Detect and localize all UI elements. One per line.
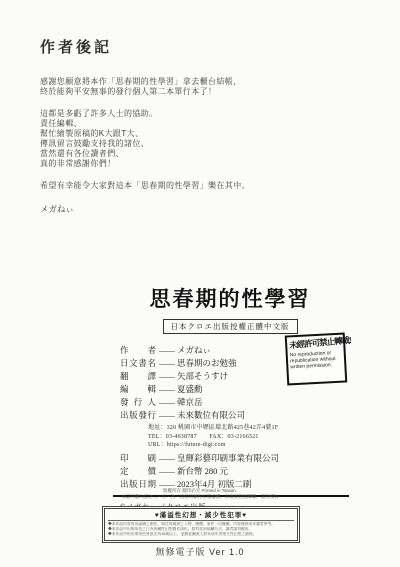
publisher-url: URL：https://future-digi.com (148, 441, 355, 450)
afterword-text-line: 終於能夠平安無事的發行個人第二本單行本了！ (40, 87, 290, 97)
fineprint-block: 版權所有 翻印必究 Printed in Taiwan. 本誌刊載內容之人・事・… (0, 488, 400, 500)
publisher-address: 地址：320 桃園市中壢區環北路425巷42弄4號1F (148, 424, 355, 433)
edition-version-label: 無修電子版 Ver 1.0 (0, 545, 400, 558)
colophon-row-publisher-company: 出版發行——未來數位有限公司 (120, 409, 355, 422)
stamp-english-text: No reproduction or republication without… (290, 350, 343, 371)
afterword-text-line: 真的非常感謝你們！ (40, 159, 290, 169)
afterword-text-line: 責任編輯、 (40, 119, 290, 129)
no-reproduction-stamp: 未經許可禁止轉載! No reproduction or republicati… (285, 332, 348, 385)
book-title: 思春期的性學習 (105, 283, 355, 313)
publisher-tel-fax: TEL：03-4638787 FAX：03-2166521 (148, 433, 355, 442)
colophon-row-editor: 編輯——夏盛勳 (120, 383, 355, 396)
afterword-text-line: 幫忙繪製原稿的K大跟T大、 (40, 129, 290, 139)
afterword-section: 作者後記 感謝您願意將本作「思春期的性學習」拿去櫃台結帳， 終於能夠平安無事的發… (40, 36, 290, 215)
colophon-row-printer: 印刷——皇輝彩藝印刷事業有限公司 (120, 452, 355, 465)
afterword-text-line: 當然還有各位讀者們、 (40, 149, 290, 159)
afterword-text-line: 希望有幸能令大家對這本「思春期的性學習」樂在其中。 (40, 181, 290, 191)
edition-subtitle: 日本クロエ出版授權正體中文版 (163, 319, 298, 334)
notice-line: ◆本作品中的出場角色皆設定為18歲以上，並無意圖使人對未成年者產生性幻想之描寫。 (108, 532, 294, 537)
afterword-text-line: 傳訊留言鼓勵支持我的諸位、 (40, 139, 290, 149)
fineprint-line: 本誌刊載內容之人・事・物・情節皆屬性幻想虛構，與現實皆無關聯，請勿模仿 (0, 494, 400, 500)
colophon-row-price: 定價——新台幣 280 元 (120, 465, 355, 478)
author-signature: メガねぃ (40, 203, 290, 215)
afterword-heading: 作者後記 (40, 36, 290, 57)
disclaimer-notice-box: ♥滿溢性幻想・減少性犯罪♥ ◆本作品內容皆為虛構之創作，與任何現實之人物、團體、… (102, 506, 300, 543)
afterword-text-line: 感謝您願意將本作「思春期的性學習」拿去櫃台結帳， (40, 77, 290, 87)
book-colophon-page: 作者後記 感謝您願意將本作「思春期的性學習」拿去櫃台結帳， 終於能夠平安無事的發… (0, 0, 400, 567)
publisher-contact-block: 地址：320 桃園市中壢區環北路425巷42弄4號1F TEL：03-46387… (148, 424, 355, 450)
stamp-chinese-text: 未經許可禁止轉載! (289, 335, 342, 351)
notice-header: ♥滿溢性幻想・減少性犯罪♥ (108, 510, 294, 521)
afterword-text-line: 這都是多虧了許多人士的協助。 (40, 109, 290, 119)
colophon-section: 思春期的性學習 日本クロエ出版授權正體中文版 作者——メガねぃ 日文書名——思春… (105, 283, 355, 512)
colophon-row-publisher-person: 發行人——韓京岳 (120, 396, 355, 409)
